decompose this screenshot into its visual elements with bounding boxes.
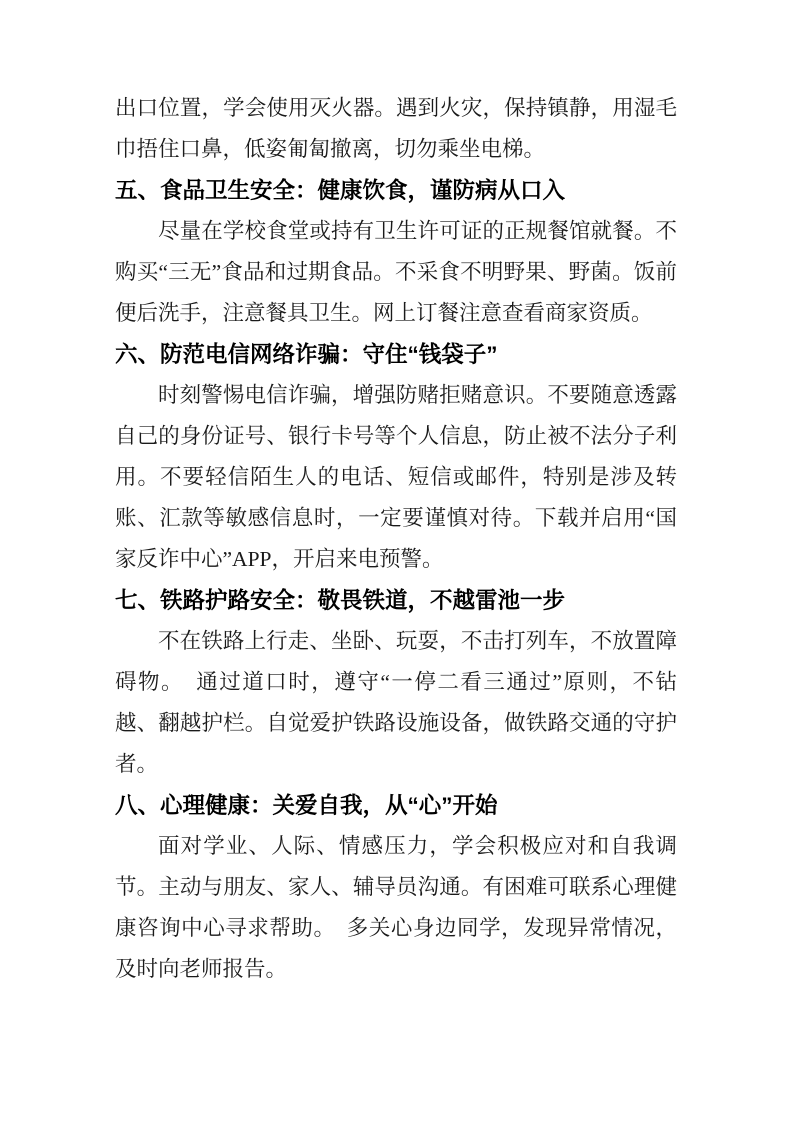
continued-paragraph: 出口位置，学会使用灭火器。遇到火灾，保持镇静，用湿毛巾捂住口鼻，低姿匍匐撤离，切… [115, 88, 677, 170]
body-paragraph: 时刻警惕电信诈骗，增强防赌拒赌意识。不要随意透露自己的身份证号、银行卡号等个人信… [115, 375, 677, 580]
body-paragraph: 不在铁路上行走、坐卧、玩耍，不击打列车，不放置障碍物。 通过道口时，遵守“一停二… [115, 621, 677, 785]
section-heading: 五、食品卫生安全：健康饮食，谨防病从口入 [115, 170, 677, 211]
section-heading: 六、防范电信网络诈骗：守住“钱袋子” [115, 334, 677, 375]
document-page: { "page": { "background": "#ffffff", "te… [0, 0, 793, 1122]
body-paragraph: 尽量在学校食堂或持有卫生许可证的正规餐馆就餐。不购买“三无”食品和过期食品。不采… [115, 211, 677, 334]
section-heading: 八、心理健康：关爱自我，从“心”开始 [115, 785, 677, 826]
document-body: 出口位置，学会使用灭火器。遇到火灾，保持镇静，用湿毛巾捂住口鼻，低姿匍匐撤离，切… [115, 88, 677, 990]
section-heading: 七、铁路护路安全：敬畏铁道，不越雷池一步 [115, 580, 677, 621]
body-paragraph: 面对学业、人际、情感压力，学会积极应对和自我调节。主动与朋友、家人、辅导员沟通。… [115, 826, 677, 990]
